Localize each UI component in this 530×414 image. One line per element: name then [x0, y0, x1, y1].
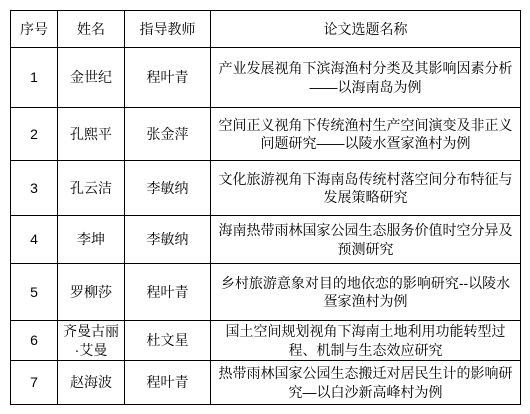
advisor-name: 张金萍	[125, 108, 211, 161]
row-number: 5	[11, 264, 58, 321]
thesis-topic: 乡村旅游意象对目的地依恋的影响研究--以陵水疍家渔村为例	[211, 264, 521, 321]
thesis-topic: 海南热带雨林国家公园生态服务价值时空分异及预测研究	[211, 216, 521, 264]
student-name: 赵海波	[58, 361, 125, 405]
thesis-topics-table: 序号 姓名 指导教师 论文选题名称 1 金世纪 程叶青 产业发展视角下滨海渔村分…	[10, 10, 521, 405]
row-number: 2	[11, 108, 58, 161]
table-row: 3 孔云洁 李敏纳 文化旅游视角下海南岛传统村落空间分布特征与发展策略研究	[11, 161, 521, 216]
row-number: 1	[11, 48, 58, 108]
column-header-advisor: 指导教师	[125, 11, 211, 48]
advisor-name: 李敏纳	[125, 161, 211, 216]
advisor-name: 程叶青	[125, 264, 211, 321]
row-number: 6	[11, 321, 58, 361]
student-name: 孔熙平	[58, 108, 125, 161]
row-number: 4	[11, 216, 58, 264]
table-row: 6 齐曼古丽·艾曼 杜文星 国土空间规划视角下海南土地利用功能转型过程、机制与生…	[11, 321, 521, 361]
thesis-topic: 空间正义视角下传统渔村生产空间演变及非正义问题研究——以陵水疍家渔村为例	[211, 108, 521, 161]
column-header-name: 姓名	[58, 11, 125, 48]
advisor-name: 程叶青	[125, 48, 211, 108]
header-row: 序号 姓名 指导教师 论文选题名称	[11, 11, 521, 48]
thesis-topic: 热带雨林国家公园生态搬迁对居民生计的影响研究—以白沙新高峰村为例	[211, 361, 521, 405]
advisor-name: 李敏纳	[125, 216, 211, 264]
row-number: 7	[11, 361, 58, 405]
student-name: 孔云洁	[58, 161, 125, 216]
table-row: 5 罗柳莎 程叶青 乡村旅游意象对目的地依恋的影响研究--以陵水疍家渔村为例	[11, 264, 521, 321]
table-row: 2 孔熙平 张金萍 空间正义视角下传统渔村生产空间演变及非正义问题研究——以陵水…	[11, 108, 521, 161]
table-row: 7 赵海波 程叶青 热带雨林国家公园生态搬迁对居民生计的影响研究—以白沙新高峰村…	[11, 361, 521, 405]
student-name: 金世纪	[58, 48, 125, 108]
table-row: 1 金世纪 程叶青 产业发展视角下滨海渔村分类及其影响因素分析——以海南岛为例	[11, 48, 521, 108]
row-number: 3	[11, 161, 58, 216]
thesis-topic: 国土空间规划视角下海南土地利用功能转型过程、机制与生态效应研究	[211, 321, 521, 361]
thesis-topic: 产业发展视角下滨海渔村分类及其影响因素分析——以海南岛为例	[211, 48, 521, 108]
thesis-topic: 文化旅游视角下海南岛传统村落空间分布特征与发展策略研究	[211, 161, 521, 216]
advisor-name: 程叶青	[125, 361, 211, 405]
advisor-name: 杜文星	[125, 321, 211, 361]
table-row: 4 李坤 李敏纳 海南热带雨林国家公园生态服务价值时空分异及预测研究	[11, 216, 521, 264]
document-page: 序号 姓名 指导教师 论文选题名称 1 金世纪 程叶青 产业发展视角下滨海渔村分…	[0, 0, 530, 414]
student-name: 齐曼古丽·艾曼	[58, 321, 125, 361]
column-header-topic: 论文选题名称	[211, 11, 521, 48]
column-header-number: 序号	[11, 11, 58, 48]
student-name: 李坤	[58, 216, 125, 264]
student-name: 罗柳莎	[58, 264, 125, 321]
